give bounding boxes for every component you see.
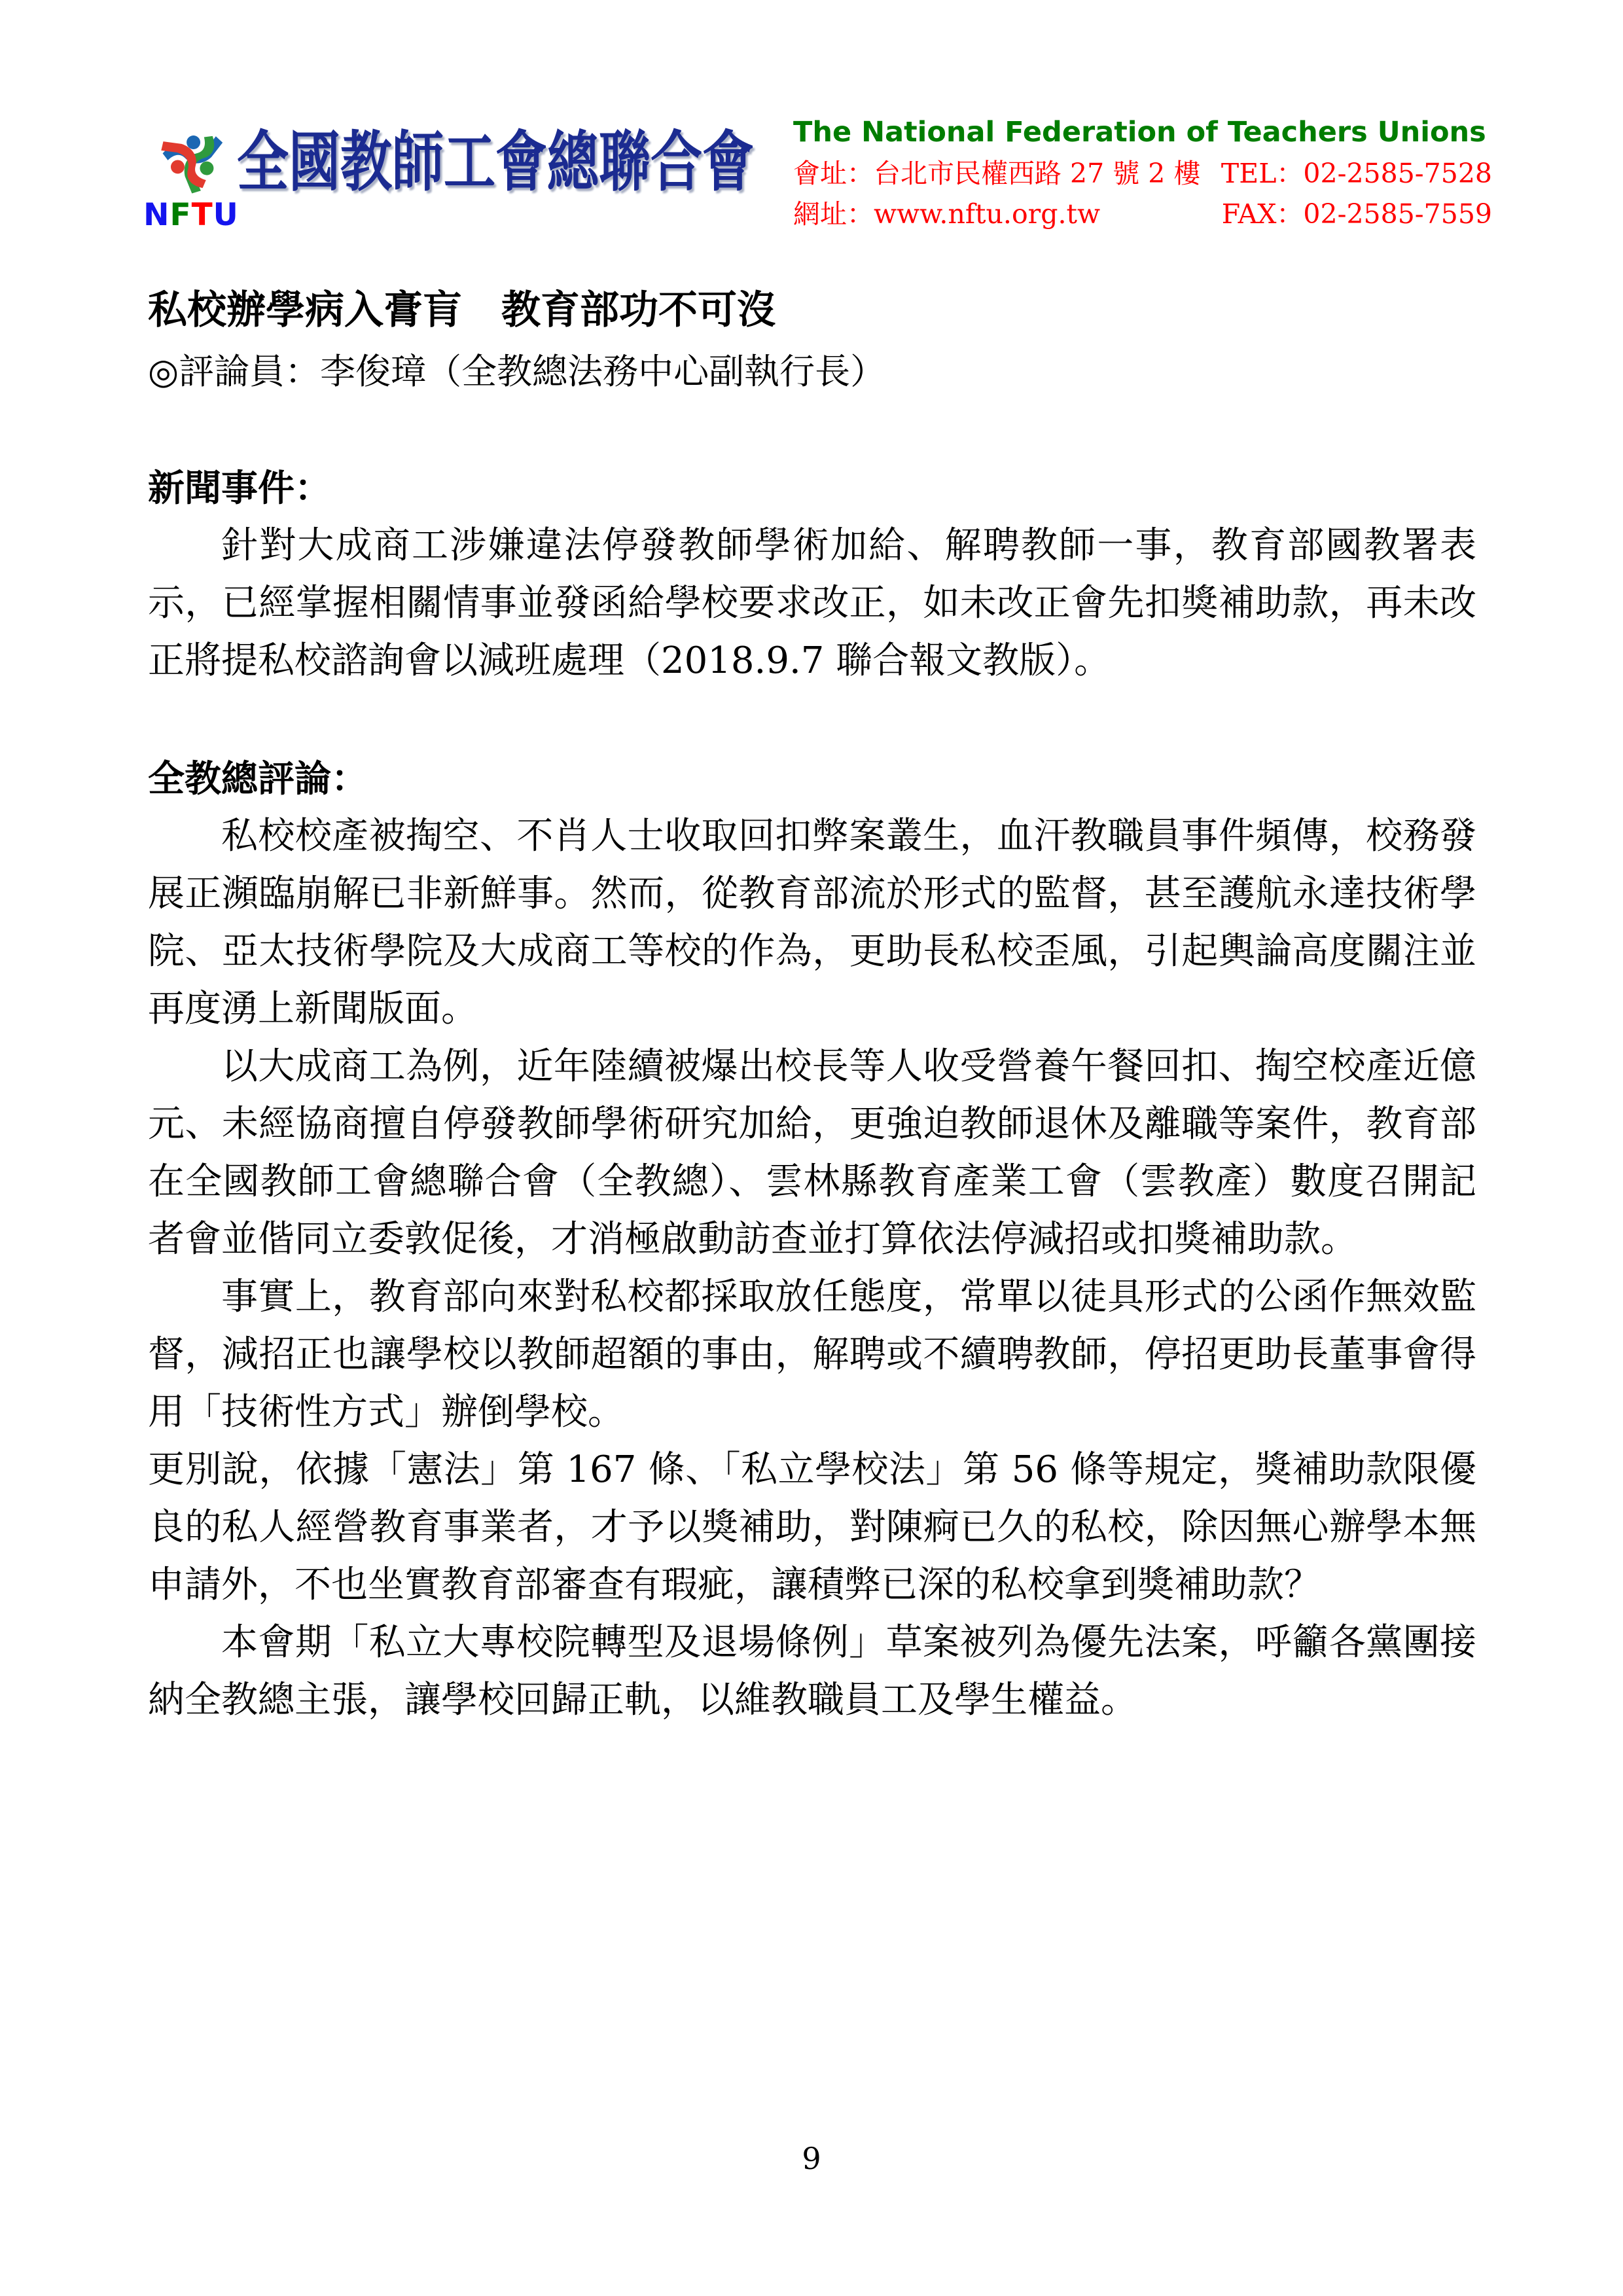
- contact-row-2: 網址：www.nftu.org.tw FAX：02-2585-7559: [793, 199, 1492, 229]
- org-fax: FAX：02-2585-7559: [1222, 199, 1492, 229]
- contact-row-1: 會址：台北市民權西路 27 號 2 樓 TEL：02-2585-7528: [793, 158, 1492, 188]
- paragraph: 針對大成商工涉嫌違法停發教師學術加給、解聘教師一事，教育部國教署表示，已經掌握相…: [148, 517, 1476, 690]
- paragraph: 以大成商工為例，近年陸續被爆出校長等人收受營養午餐回扣、掏空校產近億元、未經協商…: [148, 1038, 1476, 1268]
- nftu-triskelion-icon: [142, 117, 240, 200]
- section-heading-commentary: 全教總評論：: [148, 750, 1476, 808]
- org-address: 會址：台北市民權西路 27 號 2 樓: [793, 158, 1200, 188]
- document-page: NFTU 全國教師工會總聯合會 The National Federation …: [0, 0, 1623, 2296]
- nftu-letter-u: U: [213, 197, 239, 233]
- nftu-letter-t: T: [192, 197, 213, 233]
- paragraph: 事實上，教育部向來對私校都採取放任態度，常單以徒具形式的公函作無效監督，減招正也…: [148, 1268, 1476, 1441]
- article-title: 私校辦學病入膏肓 教育部功不可沒: [148, 283, 1476, 338]
- org-name-chinese: 全國教師工會總聯合會: [237, 119, 754, 204]
- nftu-acronym: NFTU: [139, 199, 243, 232]
- org-website: 網址：www.nftu.org.tw: [793, 199, 1100, 229]
- article: 私校辦學病入膏肓 教育部功不可沒 ◎評論員：李俊璋（全教總法務中心副執行長） 新…: [148, 283, 1476, 1729]
- org-name-english: The National Federation of Teachers Unio…: [793, 117, 1492, 148]
- section-nftu-commentary: 全教總評論： 私校校產被掏空、不肖人士收取回扣弊案叢生，血汗教職員事件頻傳，校務…: [148, 750, 1476, 1729]
- nftu-letter-n: N: [143, 197, 169, 233]
- header-contact-block: The National Federation of Teachers Unio…: [793, 117, 1492, 229]
- paragraph: 私校校產被掏空、不肖人士收取回扣弊案叢生，血汗教職員事件頻傳，校務發展正瀕臨崩解…: [148, 808, 1476, 1038]
- page-number: 9: [0, 2142, 1623, 2176]
- article-byline: ◎評論員：李俊璋（全教總法務中心副執行長）: [148, 344, 1476, 399]
- paragraph: 更別說，依據「憲法」第 167 條、「私立學校法」第 56 條等規定，獎補助款限…: [148, 1441, 1476, 1614]
- nftu-logo: NFTU: [139, 117, 243, 232]
- org-tel: TEL：02-2585-7528: [1221, 158, 1492, 188]
- paragraph: 本會期「私立大專校院轉型及退場條例」草案被列為優先法案，呼籲各黨團接納全教總主張…: [148, 1614, 1476, 1729]
- nftu-letter-f: F: [170, 197, 192, 233]
- section-heading-news-event: 新聞事件：: [148, 459, 1476, 517]
- section-news-event: 新聞事件： 針對大成商工涉嫌違法停發教師學術加給、解聘教師一事，教育部國教署表示…: [148, 459, 1476, 690]
- page-header: NFTU 全國教師工會總聯合會 The National Federation …: [0, 0, 1623, 262]
